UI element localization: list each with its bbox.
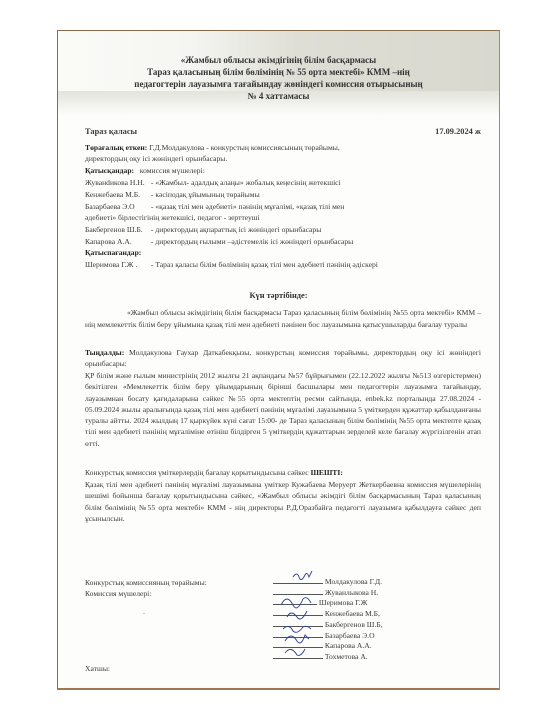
- document-page: «Жамбыл облысы әкімдігінің білім басқарм…: [57, 30, 500, 690]
- decision-intro: Конкурстық комиссия үміткерлердің бағала…: [85, 468, 309, 477]
- member-role: - директордың ғылыми –әдістемелік ісі жө…: [151, 237, 353, 246]
- member-role: - кәсіподақ ұйымының төрайымы: [151, 190, 260, 199]
- member-name: Жуванdикова Н.Н.: [85, 177, 149, 188]
- chair-label: Төрағалық еткен:: [85, 143, 147, 152]
- signer-name: Бакбергенов Ш.Б,: [325, 620, 383, 629]
- participants-line: Қатысқандар: комиссия мүшелері:: [85, 165, 481, 176]
- heard-text: Молдакулова Гаухар Даткабекқызы, конкурс…: [85, 348, 481, 368]
- member-name: Кенжебаева М.Б.: [85, 189, 149, 200]
- member-role: - «қазақ тілі мен әдебиеті» пәнінің мұға…: [151, 202, 344, 211]
- header-line-3: педагогтерін лауазымға тағайындау жөнінд…: [58, 79, 499, 91]
- absent-label-line: Қатыспағандар:: [85, 247, 481, 258]
- header-line-1: «Жамбыл облысы әкімдігінің білім басқарм…: [58, 55, 499, 67]
- member-name: Капарова А.А.: [85, 236, 149, 247]
- agenda-text: «Жамбыл облысы әкімдігінің білім басқарм…: [85, 307, 481, 330]
- member-row: Кенжебаева М.Б. - кәсіподақ ұйымының төр…: [85, 189, 481, 200]
- absent-role: - Тараз қаласы білім бөлімінің қазақ тіл…: [151, 260, 378, 269]
- protocol-number: № 4 хаттамасы: [58, 91, 499, 103]
- decision-text: Қазақ тілі мен әдебиеті пәнінің мұғалімі…: [85, 479, 481, 524]
- heard-paragraph: Тыңдалды: Молдакулова Гаухар Даткабекқыз…: [85, 347, 481, 370]
- heard-label: Тыңдалды:: [85, 348, 124, 357]
- stray-mark: -: [143, 611, 145, 617]
- member-role-continued: әдебиеті» бірлестігінің жетекшісі, педаг…: [85, 212, 481, 223]
- member-row: Базарбаева Э.О - «қазақ тілі мен әдебиет…: [85, 201, 481, 212]
- member-name: Бакбергенов Ш.Б.: [85, 224, 149, 235]
- header-line-2: Тараз қаласының білім бөлімінің № 55 орт…: [58, 67, 499, 79]
- participants-sub: комиссия мүшелері:: [140, 166, 205, 175]
- chair-text-2: директордың оқу ісі жөніндегі орынбасары…: [85, 153, 481, 164]
- absent-label: Қатыспағандар:: [85, 248, 141, 257]
- member-role: - директордың ақпараттық ісі жөніндегі о…: [151, 225, 321, 234]
- date: 17.09.2024 ж: [85, 126, 481, 137]
- chair-line: Төрағалық еткен: Г.Д.Молдакулова - конку…: [85, 142, 481, 153]
- agenda-title: Күн тәртібінде:: [58, 290, 499, 302]
- decision-label: ШЕШТІ:: [311, 468, 343, 477]
- participants-label: Қатысқандар:: [85, 166, 134, 175]
- signer-name: Молдакулова Г.Д.: [325, 577, 382, 586]
- absent-name: Шеримова Г.Ж .: [85, 259, 149, 270]
- member-role: - «Жамбыл- адалдық алаңы» жобалық кеңесі…: [151, 178, 341, 187]
- handwritten-signatures-icon: [273, 569, 333, 669]
- member-row: Капарова А.А. - директордың ғылыми –әдіс…: [85, 236, 481, 247]
- member-row: Жуванdикова Н.Н. - «Жамбыл- адалдық алаң…: [85, 177, 481, 188]
- chair-text: Г.Д.Молдакулова - конкурстың комиссиясын…: [149, 143, 340, 152]
- member-row: Бакбергенов Ш.Б. - директордың ақпаратты…: [85, 224, 481, 235]
- decision-intro-line: Конкурстық комиссия үміткерлердің бағала…: [85, 467, 481, 478]
- member-name: Базарбаева Э.О: [85, 201, 149, 212]
- absent-row: Шеримова Г.Ж . - Тараз қаласы білім бөлі…: [85, 259, 481, 270]
- signer-name: Кенжебаева М.Б,: [325, 609, 380, 618]
- heard-text-2: ҚР білім және ғылым министрінің 2012 жыл…: [85, 370, 481, 449]
